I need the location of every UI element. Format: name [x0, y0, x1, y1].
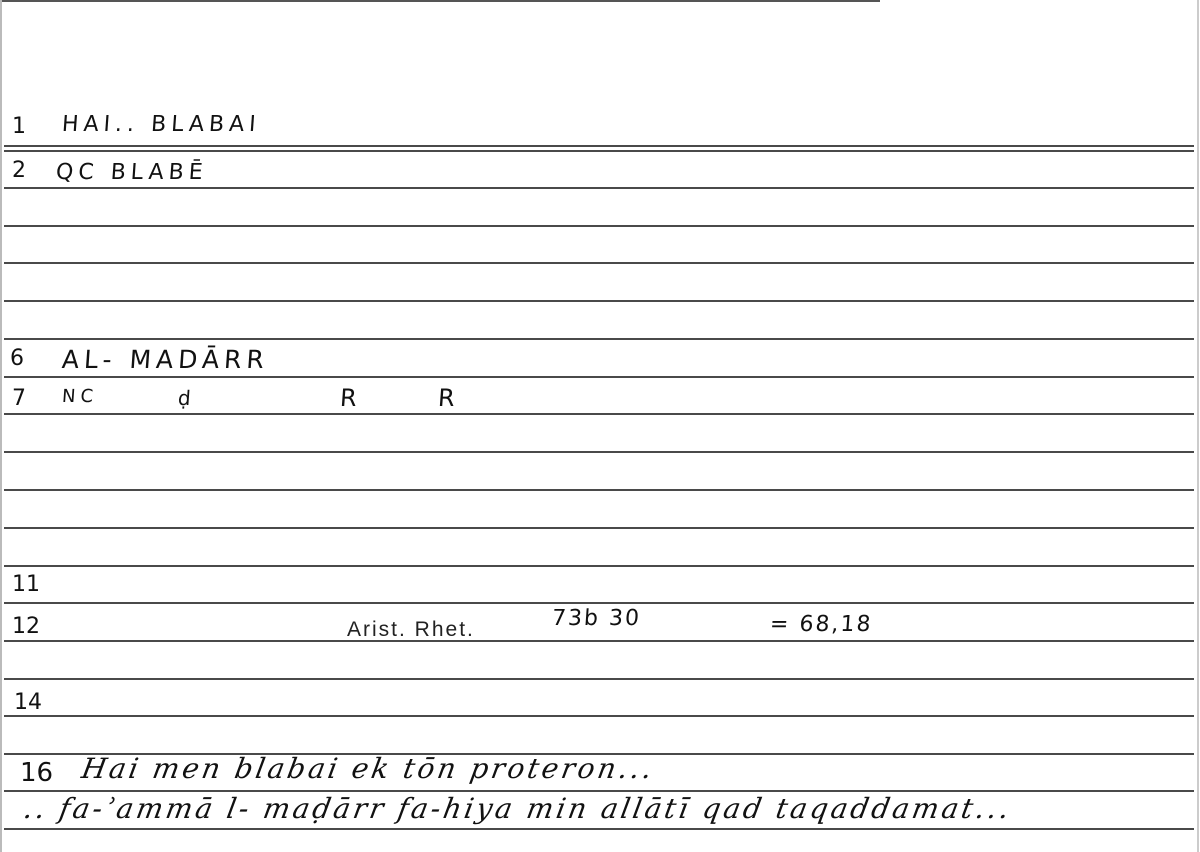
card-top-edge	[0, 0, 880, 2]
line-number: 12	[12, 614, 40, 639]
ruled-line	[4, 489, 1194, 491]
ruled-line	[4, 678, 1194, 680]
ruled-line	[4, 262, 1194, 264]
row-7-mark-r2: R	[437, 384, 458, 412]
greek-quotation: Hai men blabai ek tōn proteron...	[79, 752, 657, 785]
ruled-line	[4, 376, 1194, 378]
ruled-line	[4, 602, 1194, 604]
row-2-text: QC BLABĒ	[55, 160, 208, 185]
line-number: 14	[14, 690, 42, 715]
row-1-text: HAI.. BLABAI	[61, 112, 261, 137]
ruled-line	[4, 828, 1194, 830]
card-left-edge	[0, 0, 2, 852]
ruled-line	[4, 715, 1194, 717]
arabic-quotation: .. fa-ʾammā l- maḍārr fa-hiya min allātī…	[21, 792, 1014, 825]
ruled-line	[4, 225, 1194, 227]
ruled-line	[4, 187, 1194, 189]
ruled-line	[4, 338, 1194, 340]
ruled-line	[4, 145, 1194, 147]
line-number: 1	[12, 114, 26, 139]
line-number: 6	[10, 346, 24, 371]
card-right-edge	[1197, 0, 1199, 852]
reference-page: = 68,18	[769, 612, 873, 637]
line-number: 2	[12, 158, 26, 183]
row-7-text: NC	[61, 386, 99, 407]
ruled-line	[4, 150, 1194, 152]
reference-source: Arist. Rhet.	[347, 618, 475, 642]
row-7-mark-d: ḍ	[177, 386, 193, 410]
index-card: 1 HAI.. BLABAI 2 QC BLABĒ 6 AL- MADĀRR 7…	[0, 0, 1200, 852]
reference-locator: 73b 30	[551, 606, 642, 631]
line-number: 16	[20, 758, 53, 788]
ruled-line	[4, 527, 1194, 529]
ruled-line	[4, 451, 1194, 453]
ruled-line	[4, 565, 1194, 567]
ruled-line	[4, 413, 1194, 415]
ruled-line	[4, 640, 1194, 642]
row-6-text: AL- MADĀRR	[61, 345, 270, 374]
row-7-mark-r1: R	[339, 384, 360, 412]
line-number: 7	[12, 386, 26, 411]
line-number: 11	[12, 572, 40, 597]
ruled-line	[4, 300, 1194, 302]
